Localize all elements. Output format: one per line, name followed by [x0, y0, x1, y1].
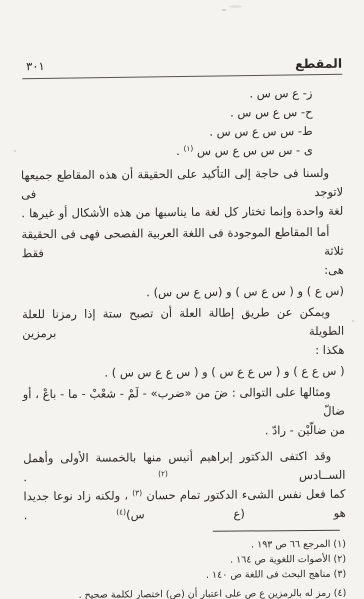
iktafa-line-2-text-a: كما فعل نفس الشىء الدكتور تمام حسان [142, 487, 345, 503]
paragraph-lasna-line-1: ولسنا فى حاجة إلى التأكيد على الحقيقة أن… [21, 164, 343, 205]
paragraph-mithal-line-2: من ضالّيْن - رادّ . [23, 421, 345, 443]
paragraph-yumkin-line-1: ويمكن عن طريق إطالة العلة أن تصبح ستة إذ… [22, 303, 344, 344]
header-rule [22, 74, 342, 79]
paragraph-amma: أما المقاطع الموجودة فى اللغة العربية ال… [21, 223, 343, 283]
footnote-ref-1: (١) [183, 144, 193, 153]
syllable-list-item-y-period: . [176, 144, 183, 158]
footnote-ref-4: (٤) [116, 507, 126, 516]
formula-short-syllables: (س ع ) و ( س ع س ) و (س ع س س) . [22, 282, 344, 304]
scanned-book-page: المقطع ٣٠١ ز- ع س س . ح- س ع س س . ط- س … [0, 0, 364, 599]
syllable-list-item-y-text: ى - س س س ع س س [193, 143, 313, 158]
page-content: المقطع ٣٠١ ز- ع س س . ح- س ع س س . ط- س … [0, 0, 364, 599]
iktafa-line-1-period: . [23, 469, 158, 484]
footnotes-section: (١) المرجع ٦٦ ص ١٩٣ . (٢) الأصوات اللغوي… [24, 530, 347, 599]
paragraph-iktafa-line-2: كما فعل نفس الشىء الدكتور تمام حسان (٣) … [23, 485, 345, 526]
paragraph-yumkin: ويمكن عن طريق إطالة العلة أن تصبح ستة إذ… [22, 303, 344, 363]
formula-long-syllables: ( س ع ع ) و ( س ع ع س ) و ( س ع ع س س ) … [22, 362, 344, 384]
syllable-list-item-z: ز- ع س س . [20, 84, 312, 105]
footnote-ref-3: (٣) [132, 488, 142, 497]
paragraph-yumkin-line-2: هكذا : [22, 341, 344, 363]
footnote-3: (٣) مناهج البحث فى اللغة ص ١٤٠ . [24, 567, 346, 585]
footnote-4: (٤) رمز له بالرمزين ع ص على اعتبار أن (ص… [24, 586, 346, 599]
paragraph-mithal-line-1: ومثالها على التوالى : ضَ من «ضرب» - لَمْ… [23, 383, 345, 424]
paragraph-iktafa-line-1: وقد اكتفى الدكتور إبراهيم أنيس منها بالخ… [23, 447, 345, 488]
syllable-list-item-y: ى - س س س ع س س (١) . [21, 141, 313, 162]
paragraph-amma-line-1: أما المقاطع الموجودة فى اللغة العربية ال… [21, 223, 343, 264]
footnote-separator [213, 530, 340, 532]
running-head-title: المقطع [295, 56, 342, 72]
paragraph-amma-line-2: هى: [22, 261, 344, 283]
syllable-list-item-t: ط- س س ع س س . [21, 122, 313, 143]
syllable-list-item-h: ح- س ع س س . [20, 103, 312, 124]
paragraph-mithal: ومثالها على التوالى : ضَ من «ضرب» - لَمْ… [23, 383, 345, 443]
syllable-pattern-list: ز- ع س س . ح- س ع س س . ط- س س ع س س . ى… [20, 84, 313, 162]
running-head: المقطع ٣٠١ [20, 56, 342, 75]
footnote-ref-2: (٢) [158, 469, 168, 478]
paragraph-lasna: ولسنا فى حاجة إلى التأكيد على الحقيقة أن… [21, 164, 343, 224]
paragraph-iktafa: وقد اكتفى الدكتور إبراهيم أنيس منها بالخ… [23, 447, 346, 526]
iktafa-line-2-period: . [24, 508, 117, 523]
page-number: ٣٠١ [20, 58, 45, 74]
paragraph-lasna-line-2: لغة واحدة وإنما تختار كل لغة ما يناسبها … [21, 202, 343, 224]
